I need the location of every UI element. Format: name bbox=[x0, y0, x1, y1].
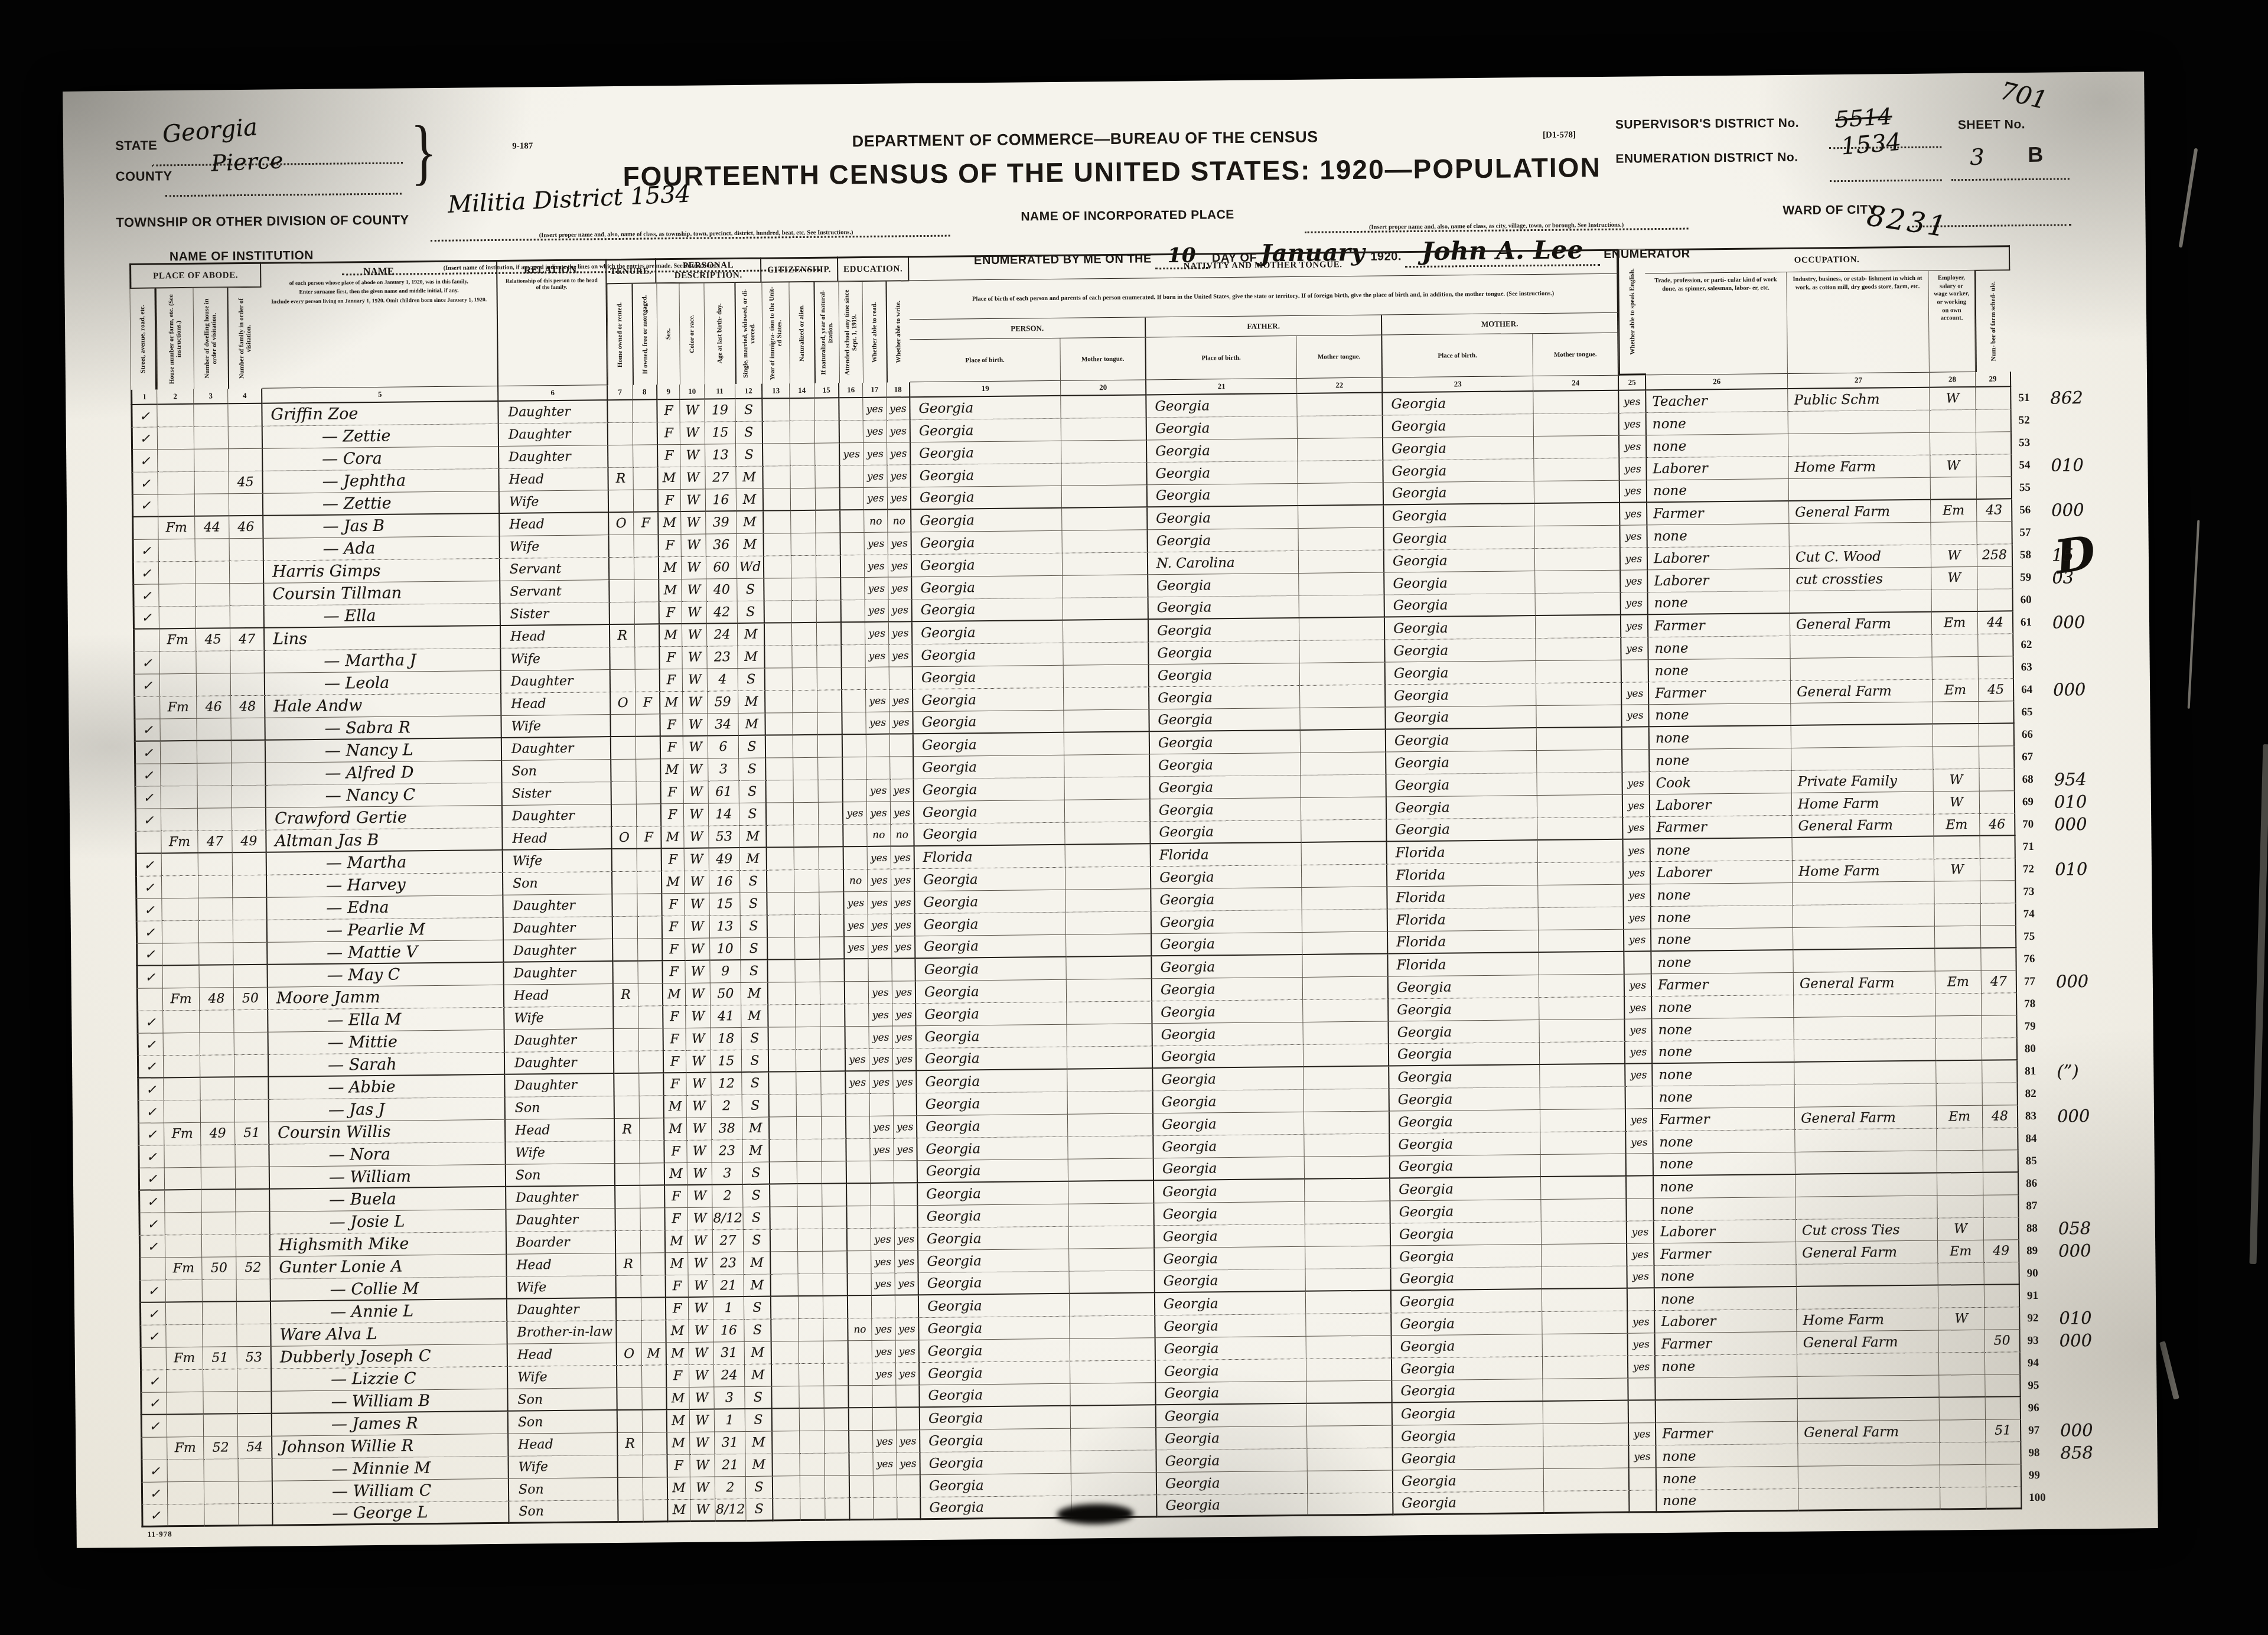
industry-cell bbox=[1794, 1017, 1935, 1040]
marital-cell: S bbox=[741, 916, 768, 938]
family-number bbox=[233, 920, 268, 943]
school-cell bbox=[842, 690, 866, 712]
family-number bbox=[232, 763, 266, 786]
write-cell: yes bbox=[895, 1273, 919, 1295]
age-cell: 3 bbox=[708, 758, 739, 781]
school-cell bbox=[845, 982, 869, 1004]
tongue-cell bbox=[1305, 1178, 1390, 1201]
race-cell: W bbox=[683, 714, 708, 737]
birthplace-cell: Georgia bbox=[1150, 731, 1301, 754]
industry-cell: Cut C. Wood bbox=[1790, 545, 1931, 569]
column-header: If owned, free or mortgaged. bbox=[631, 283, 657, 385]
street-check: ✓ bbox=[136, 966, 162, 988]
name-cell: Hale Andw bbox=[265, 693, 501, 718]
line-number: 88 bbox=[2019, 1217, 2052, 1240]
farm-schedule-cell bbox=[1977, 477, 2012, 500]
column-number: 15 bbox=[814, 383, 839, 398]
age-cell: 59 bbox=[708, 691, 738, 714]
line-number: 58 bbox=[2013, 544, 2046, 567]
class-cell bbox=[1937, 1128, 1983, 1151]
read-cell: yes bbox=[869, 1071, 893, 1094]
age-cell: 36 bbox=[706, 534, 737, 556]
name-cell: — Cora bbox=[263, 447, 499, 471]
relation-cell: Head bbox=[501, 692, 611, 716]
margin-code: 000 bbox=[2054, 1418, 2143, 1441]
street-check bbox=[135, 831, 161, 854]
tongue-cell bbox=[1061, 440, 1147, 463]
table-cell bbox=[821, 1049, 846, 1071]
sex-cell: F bbox=[660, 647, 682, 669]
tongue-cell bbox=[1299, 618, 1385, 641]
table-cell bbox=[765, 691, 793, 713]
table-cell bbox=[796, 982, 820, 1005]
dwelling-number bbox=[195, 539, 230, 562]
race-cell: W bbox=[686, 1073, 711, 1096]
margin-code bbox=[2045, 431, 2133, 454]
industry-cell: Home Farm bbox=[1792, 792, 1934, 816]
name-cell: — Pearlie M bbox=[268, 918, 504, 943]
marital-cell: S bbox=[740, 893, 767, 916]
birthplace-cell: Georgia bbox=[920, 1451, 1071, 1475]
industry-cell bbox=[1796, 1263, 1938, 1287]
occupation-cell: none bbox=[1649, 703, 1791, 727]
industry-cell bbox=[1795, 1151, 1937, 1175]
relation-cell: Daughter bbox=[504, 917, 613, 940]
industry-cell bbox=[1788, 433, 1930, 457]
dwelling-number: 51 bbox=[203, 1347, 237, 1370]
column-group-tenure: TENURE. bbox=[607, 258, 656, 284]
margin-code bbox=[2053, 1284, 2142, 1307]
street-check: ✓ bbox=[134, 764, 161, 786]
sex-cell: F bbox=[664, 1141, 687, 1163]
birthplace-cell: Georgia bbox=[912, 576, 1063, 600]
birthplace-cell: Georgia bbox=[920, 1429, 1071, 1452]
tongue-cell bbox=[1534, 481, 1620, 504]
tongue-cell bbox=[1302, 932, 1388, 955]
margin-code: 000 bbox=[2052, 1239, 2141, 1262]
tenure-cell bbox=[615, 1096, 640, 1119]
tongue-cell bbox=[1302, 842, 1387, 865]
census-table: PLACE OF ABODE.NAMEof each person whose … bbox=[129, 244, 2143, 1527]
industry-cell: Home Farm bbox=[1788, 455, 1930, 479]
tenure-cell: O bbox=[612, 827, 637, 849]
tongue-cell bbox=[1298, 461, 1383, 484]
class-cell bbox=[1933, 724, 1979, 747]
mortgage-cell bbox=[636, 737, 661, 759]
farm-mark bbox=[167, 1460, 204, 1483]
column-header: House number or farm, etc. (See instruct… bbox=[156, 288, 194, 390]
margin-code: 010 bbox=[2048, 790, 2137, 813]
farm-schedule-cell: 47 bbox=[1982, 970, 2017, 994]
state-label: STATE bbox=[115, 138, 158, 154]
sheet-number-label: SHEET No. bbox=[1958, 118, 2025, 132]
occupation-cell: none bbox=[1654, 1152, 1795, 1176]
english-cell bbox=[1624, 952, 1651, 974]
table-cell bbox=[796, 1050, 821, 1072]
write-cell bbox=[897, 1497, 921, 1520]
age-cell: 12 bbox=[711, 1073, 742, 1095]
farm-schedule-cell: 45 bbox=[1979, 679, 2014, 702]
industry-cell: General Farm bbox=[1794, 972, 1935, 995]
name-cell: — Buela bbox=[270, 1187, 506, 1212]
tongue-cell bbox=[1065, 844, 1151, 867]
line-number: 87 bbox=[2019, 1195, 2052, 1218]
occupation-cell: none bbox=[1656, 1444, 1798, 1468]
street-check: ✓ bbox=[132, 494, 158, 517]
tenure-cell bbox=[615, 1186, 640, 1209]
class-cell bbox=[1937, 1173, 1983, 1196]
county-value: Pierce bbox=[210, 147, 283, 176]
english-cell: yes bbox=[1626, 1131, 1653, 1154]
sex-cell: M bbox=[665, 1163, 687, 1185]
line-number: 92 bbox=[2020, 1307, 2053, 1330]
read-cell: yes bbox=[870, 1116, 894, 1139]
farm-schedule-cell: 49 bbox=[1984, 1240, 2019, 1263]
occupation-cell: Farmer bbox=[1648, 614, 1790, 637]
street-check: ✓ bbox=[139, 1325, 166, 1347]
farm-mark: Fm bbox=[165, 1258, 202, 1281]
sex-cell: F bbox=[660, 602, 682, 624]
farm-schedule-cell bbox=[1986, 1464, 2022, 1487]
name-cell: — Edna bbox=[267, 895, 503, 920]
school-cell bbox=[849, 1386, 872, 1408]
table-cell bbox=[817, 667, 842, 690]
mortgage-cell bbox=[643, 1500, 668, 1522]
farm-schedule-cell bbox=[1986, 1442, 2021, 1465]
age-cell: 42 bbox=[707, 601, 738, 624]
age-cell: 16 bbox=[713, 1320, 744, 1342]
birthplace-cell: Georgia bbox=[918, 1182, 1068, 1206]
occupation-cell: Farmer bbox=[1656, 1422, 1798, 1445]
farm-mark: Fm bbox=[159, 629, 196, 652]
race-cell: W bbox=[689, 1297, 713, 1320]
farm-mark bbox=[164, 1078, 200, 1101]
birthplace-cell: Georgia bbox=[1149, 663, 1300, 687]
street-check: ✓ bbox=[134, 741, 161, 764]
birthplace-cell: Georgia bbox=[1150, 776, 1301, 799]
birthplace-cell: Georgia bbox=[1390, 1200, 1541, 1223]
age-cell: 39 bbox=[706, 512, 737, 534]
tongue-cell bbox=[1064, 754, 1150, 777]
margin-code: 15 bbox=[2046, 543, 2135, 566]
sex-cell: F bbox=[664, 1028, 686, 1051]
table-cell bbox=[770, 1162, 797, 1184]
table-cell bbox=[768, 1005, 796, 1027]
class-cell bbox=[1938, 1263, 1984, 1286]
read-cell: yes bbox=[863, 421, 887, 443]
table-cell bbox=[799, 1364, 824, 1386]
sex-cell: M bbox=[659, 557, 682, 579]
table-cell bbox=[771, 1252, 798, 1274]
birthplace-cell: Georgia bbox=[1385, 594, 1536, 617]
farm-mark bbox=[161, 809, 198, 832]
column-group-relation: RELATION.Relationship of this person to … bbox=[497, 259, 608, 386]
name-cell: — Annie L bbox=[271, 1299, 507, 1324]
farm-mark bbox=[164, 1145, 201, 1168]
table-cell bbox=[800, 1454, 825, 1476]
table-cell bbox=[794, 803, 819, 825]
line-number: 55 bbox=[2012, 477, 2045, 500]
supervisor-district-value: 5514 bbox=[1834, 103, 1893, 133]
street-check bbox=[133, 696, 160, 719]
name-cell: — James R bbox=[272, 1412, 509, 1437]
read-cell: yes bbox=[873, 1453, 897, 1476]
age-cell: 4 bbox=[708, 669, 738, 691]
birthplace-cell: Georgia bbox=[1154, 1157, 1305, 1181]
table-cell bbox=[768, 960, 795, 982]
family-number: 45 bbox=[229, 471, 263, 494]
tenure-cell bbox=[617, 1321, 641, 1343]
birthplace-cell: Georgia bbox=[911, 486, 1062, 510]
relation-cell: Daughter bbox=[503, 805, 612, 828]
name-cell: Dubberly Joseph C bbox=[272, 1344, 508, 1369]
industry-cell: General Farm bbox=[1797, 1331, 1939, 1354]
tenure-cell bbox=[618, 1411, 643, 1433]
name-cell: — Ella M bbox=[268, 1008, 504, 1033]
birthplace-cell: Georgia bbox=[918, 1249, 1069, 1273]
write-cell: yes bbox=[894, 1116, 917, 1138]
class-cell: W bbox=[1930, 387, 1976, 411]
marital-cell: M bbox=[737, 512, 764, 534]
english-cell bbox=[1629, 1401, 1656, 1423]
tenure-cell bbox=[611, 670, 636, 692]
street-check: ✓ bbox=[138, 1100, 164, 1123]
dwelling-number bbox=[196, 651, 230, 674]
street-check: ✓ bbox=[138, 1213, 165, 1235]
occupation-cell: Farmer bbox=[1653, 1108, 1795, 1131]
family-number bbox=[234, 1033, 269, 1056]
street-check: ✓ bbox=[131, 472, 158, 494]
street-check: ✓ bbox=[131, 405, 157, 427]
column-header: Attended school any time since Sept. 1, … bbox=[838, 281, 863, 383]
tongue-cell bbox=[1301, 775, 1386, 798]
school-cell bbox=[843, 735, 866, 757]
birthplace-cell: Georgia bbox=[1153, 1112, 1304, 1136]
street-check bbox=[136, 988, 163, 1011]
tongue-cell bbox=[1065, 889, 1151, 912]
read-cell: yes bbox=[871, 1251, 895, 1274]
relation-cell: Daughter bbox=[503, 894, 612, 918]
family-number bbox=[233, 943, 268, 966]
race-cell: W bbox=[680, 467, 705, 490]
birthplace-cell: Georgia bbox=[916, 1025, 1067, 1048]
sex-cell: F bbox=[657, 400, 680, 422]
write-cell bbox=[897, 1408, 920, 1430]
tongue-cell bbox=[1071, 1405, 1156, 1428]
class-cell bbox=[1937, 1151, 1983, 1174]
table-cell bbox=[764, 578, 791, 601]
birthplace-cell: Georgia bbox=[918, 1204, 1068, 1228]
tenure-cell bbox=[613, 917, 638, 939]
column-header: Num- ber of farm sched- ule. bbox=[1974, 270, 2011, 372]
read-cell: yes bbox=[869, 1049, 893, 1071]
mortgage-cell bbox=[640, 1163, 665, 1185]
column-header: Whether able to write. bbox=[885, 281, 910, 382]
column-header: Mother tongue. bbox=[1060, 337, 1146, 380]
tongue-cell bbox=[1068, 1113, 1153, 1136]
tongue-cell bbox=[1068, 1203, 1154, 1226]
write-cell: yes bbox=[897, 1452, 920, 1475]
birthplace-cell: Florida bbox=[915, 845, 1065, 869]
mortgage-cell bbox=[636, 714, 660, 737]
tongue-cell bbox=[1063, 552, 1148, 575]
tenure-cell: R bbox=[615, 1119, 640, 1141]
race-cell: W bbox=[686, 1051, 711, 1073]
farm-schedule-cell bbox=[1977, 522, 2012, 545]
line-number: 65 bbox=[2014, 701, 2047, 724]
occupation-cell: none bbox=[1652, 1018, 1794, 1041]
tenure-cell bbox=[615, 1164, 640, 1186]
line-number: 68 bbox=[2015, 768, 2048, 792]
birthplace-cell: Georgia bbox=[1155, 1314, 1306, 1338]
farm-schedule-cell bbox=[1976, 454, 2012, 477]
table-cell bbox=[767, 803, 794, 825]
farm-schedule-cell bbox=[1985, 1352, 2021, 1375]
birthplace-cell: Georgia bbox=[1386, 706, 1536, 729]
sex-cell: F bbox=[659, 490, 681, 512]
marital-cell: S bbox=[739, 803, 767, 826]
county-underline bbox=[165, 183, 402, 197]
class-cell: W bbox=[1938, 1218, 1984, 1241]
table-cell bbox=[793, 735, 818, 758]
margin-code: 010 bbox=[2045, 453, 2133, 476]
column-number: 20 bbox=[1061, 380, 1146, 396]
write-cell: yes bbox=[893, 1071, 917, 1093]
school-cell: yes bbox=[846, 1071, 869, 1094]
table-cell bbox=[762, 399, 790, 421]
farm-mark bbox=[158, 450, 194, 473]
farm-schedule-cell bbox=[1984, 1307, 2020, 1330]
sex-cell: F bbox=[666, 1275, 689, 1298]
tongue-cell bbox=[1297, 393, 1383, 416]
tongue-cell bbox=[1307, 1448, 1393, 1471]
family-number: 46 bbox=[229, 516, 263, 539]
column-header: Age at last birth- day. bbox=[703, 282, 735, 384]
street-check: ✓ bbox=[136, 1011, 163, 1033]
column-number: 27 bbox=[1788, 373, 1930, 389]
industry-cell bbox=[1790, 635, 1932, 659]
table-cell bbox=[793, 668, 817, 691]
birthplace-cell: Florida bbox=[1387, 841, 1538, 864]
english-cell: yes bbox=[1628, 1311, 1655, 1333]
table-cell bbox=[817, 645, 842, 667]
table-cell bbox=[767, 870, 794, 893]
school-cell bbox=[847, 1184, 871, 1206]
tongue-cell bbox=[1068, 1158, 1154, 1181]
farm-mark bbox=[166, 1302, 203, 1325]
table-cell bbox=[771, 1297, 799, 1319]
name-cell: Highsmith Mike bbox=[271, 1232, 507, 1257]
farm-mark bbox=[159, 652, 196, 675]
street-check: ✓ bbox=[139, 1280, 166, 1302]
tenure-cell bbox=[612, 849, 637, 872]
birthplace-cell: Georgia bbox=[915, 890, 1065, 914]
family-number bbox=[231, 673, 265, 696]
family-number bbox=[230, 606, 265, 629]
occupation-cell: none bbox=[1653, 1130, 1795, 1154]
relation-cell: Son bbox=[506, 1164, 615, 1187]
farm-mark bbox=[164, 1056, 200, 1079]
read-cell: yes bbox=[872, 1274, 895, 1296]
birthplace-cell: Georgia bbox=[1155, 1292, 1306, 1315]
sex-cell: F bbox=[664, 1073, 686, 1096]
birthplace-cell: Georgia bbox=[917, 1137, 1068, 1161]
name-cell: Lins bbox=[265, 626, 501, 651]
mortgage-cell bbox=[637, 781, 661, 804]
class-cell: Em bbox=[1931, 500, 1977, 523]
table-cell bbox=[822, 1139, 846, 1161]
race-cell: W bbox=[682, 624, 707, 647]
sheet-underline bbox=[1951, 168, 2070, 181]
dwelling-number bbox=[200, 1077, 234, 1100]
table-cell bbox=[771, 1229, 798, 1252]
line-number: 59 bbox=[2013, 566, 2046, 589]
line-number: 62 bbox=[2013, 634, 2047, 657]
write-cell: yes bbox=[889, 600, 913, 622]
class-cell: W bbox=[1931, 567, 1977, 590]
tongue-cell bbox=[1539, 952, 1624, 975]
relation-cell: Wife bbox=[506, 1141, 615, 1165]
farm-schedule-cell bbox=[1979, 768, 2015, 792]
school-cell bbox=[842, 712, 866, 735]
column-header: Sex. bbox=[656, 283, 680, 385]
farm-schedule-cell bbox=[1984, 1262, 2019, 1285]
line-number: 85 bbox=[2019, 1150, 2052, 1173]
tongue-cell bbox=[1305, 1156, 1390, 1179]
table-cell bbox=[818, 735, 843, 757]
relation-cell: Head bbox=[501, 625, 610, 649]
write-cell: yes bbox=[889, 712, 913, 734]
street-check: ✓ bbox=[135, 786, 161, 809]
dwelling-number: 49 bbox=[201, 1122, 235, 1145]
table-cell bbox=[814, 398, 839, 421]
sex-cell: M bbox=[664, 1096, 687, 1118]
industry-cell bbox=[1795, 1129, 1937, 1152]
family-number bbox=[233, 898, 267, 921]
write-cell: yes bbox=[887, 442, 911, 465]
relation-cell: Daughter bbox=[505, 1051, 614, 1075]
occupation-cell: none bbox=[1654, 1175, 1795, 1198]
school-cell bbox=[840, 510, 864, 533]
occupation-cell: none bbox=[1653, 1040, 1794, 1064]
census-sheet: STATE Georgia COUNTY Pierce } 9-187 DEPA… bbox=[63, 71, 2158, 1548]
occupation-cell: Laborer bbox=[1650, 793, 1792, 817]
family-number bbox=[234, 1010, 268, 1033]
tongue-cell bbox=[1534, 436, 1619, 459]
class-cell bbox=[1939, 1330, 1985, 1353]
english-cell: yes bbox=[1622, 705, 1649, 727]
industry-cell bbox=[1790, 590, 1932, 614]
english-cell bbox=[1630, 1490, 1657, 1513]
class-cell bbox=[1935, 1016, 1982, 1039]
column-number: 23 bbox=[1383, 376, 1533, 393]
class-cell bbox=[1933, 747, 1979, 770]
table-cell bbox=[773, 1476, 800, 1499]
relation-cell: Wife bbox=[500, 490, 609, 514]
column-header: Home owned or rented. bbox=[607, 284, 633, 385]
line-number: 54 bbox=[2012, 454, 2045, 477]
tongue-cell bbox=[1070, 1315, 1155, 1338]
line-number: 77 bbox=[2017, 970, 2050, 994]
race-cell: W bbox=[683, 669, 708, 692]
race-cell: W bbox=[685, 894, 709, 916]
birthplace-cell: Florida bbox=[1388, 930, 1539, 954]
school-cell: yes bbox=[845, 937, 868, 959]
relation-cell: Daughter bbox=[507, 1298, 617, 1322]
tongue-cell bbox=[1543, 1334, 1628, 1357]
birthplace-cell: Georgia bbox=[1389, 1065, 1540, 1089]
mortgage-cell bbox=[633, 467, 658, 490]
